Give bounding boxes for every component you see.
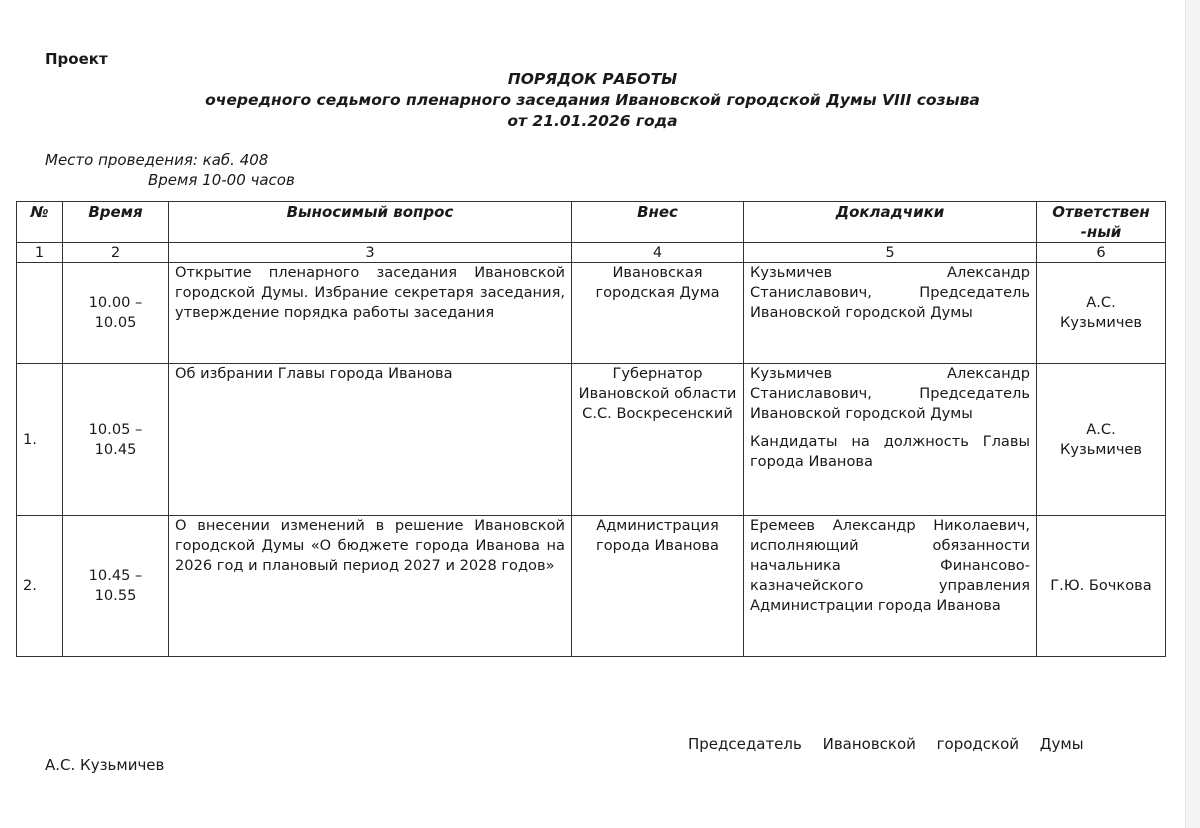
speaker: Кузьмичев Александр Станиславович, Предс… xyxy=(750,263,1030,323)
header-responsible: Ответствен -ный xyxy=(1037,202,1166,243)
header-time: Время xyxy=(63,202,169,243)
item-responsible: Г.Ю. Бочкова xyxy=(1037,516,1166,657)
table-row: 1. 10.05 – 10.45 Об избрании Главы город… xyxy=(17,364,1166,516)
column-number: 6 xyxy=(1037,243,1166,263)
table-row: 10.00 – 10.05 Открытие пленарного заседа… xyxy=(17,263,1166,364)
item-number: 2. xyxy=(17,516,63,657)
item-submitted-by: Ивановская городская Дума xyxy=(572,263,744,364)
item-time: 10.00 – 10.05 xyxy=(63,263,169,364)
item-time: 10.05 – 10.45 xyxy=(63,364,169,516)
item-speakers: Еремеев Александр Николаевич, исполняющи… xyxy=(744,516,1037,657)
speaker: Еремеев Александр Николаевич, исполняющи… xyxy=(750,516,1030,616)
header-row: № Время Выносимый вопрос Внес Докладчики… xyxy=(17,202,1166,243)
item-number: 1. xyxy=(17,364,63,516)
item-speakers: Кузьмичев Александр Станиславович, Предс… xyxy=(744,263,1037,364)
column-number: 1 xyxy=(17,243,63,263)
item-question: Об избрании Главы города Иванова xyxy=(169,364,572,516)
header-speakers: Докладчики xyxy=(744,202,1037,243)
column-number: 4 xyxy=(572,243,744,263)
column-number: 5 xyxy=(744,243,1037,263)
item-speakers: Кузьмичев Александр Станиславович, Предс… xyxy=(744,364,1037,516)
header-num: № xyxy=(17,202,63,243)
speaker: Кузьмичев Александр Станиславович, Предс… xyxy=(750,364,1030,424)
draft-label: Проект xyxy=(45,50,108,68)
meeting-place: Место проведения: каб. 408 xyxy=(45,150,268,170)
column-number: 2 xyxy=(63,243,169,263)
title-line-2: очередного седьмого пленарного заседания… xyxy=(0,90,1185,111)
title-line-3: от 21.01.2026 года xyxy=(0,111,1185,132)
item-submitted-by: Администрация города Иванова xyxy=(572,516,744,657)
item-question: О внесении изменений в решение Ивановско… xyxy=(169,516,572,657)
title-line-1: ПОРЯДОК РАБОТЫ xyxy=(0,69,1185,90)
item-responsible: А.С. Кузьмичев xyxy=(1037,364,1166,516)
header-submitted-by: Внес xyxy=(572,202,744,243)
document-title: ПОРЯДОК РАБОТЫ очередного седьмого плена… xyxy=(0,69,1185,132)
item-question: Открытие пленарного заседания Ивановской… xyxy=(169,263,572,364)
page-edge xyxy=(1185,0,1200,828)
meeting-time: Время 10-00 часов xyxy=(148,170,295,190)
column-number: 3 xyxy=(169,243,572,263)
agenda-table: № Время Выносимый вопрос Внес Докладчики… xyxy=(16,201,1166,657)
header-question: Выносимый вопрос xyxy=(169,202,572,243)
table-row: 2. 10.45 – 10.55 О внесении изменений в … xyxy=(17,516,1166,657)
column-number-row: 1 2 3 4 5 6 xyxy=(17,243,1166,263)
item-number xyxy=(17,263,63,364)
signature-name: А.С. Кузьмичев xyxy=(45,756,164,774)
signature-title: Председатель Ивановской городской Думы xyxy=(688,735,1084,753)
item-time: 10.45 – 10.55 xyxy=(63,516,169,657)
speaker: Кандидаты на должность Главы города Иван… xyxy=(750,432,1030,472)
item-responsible: А.С. Кузьмичев xyxy=(1037,263,1166,364)
item-submitted-by: Губернатор Ивановской области С.С. Воскр… xyxy=(572,364,744,516)
